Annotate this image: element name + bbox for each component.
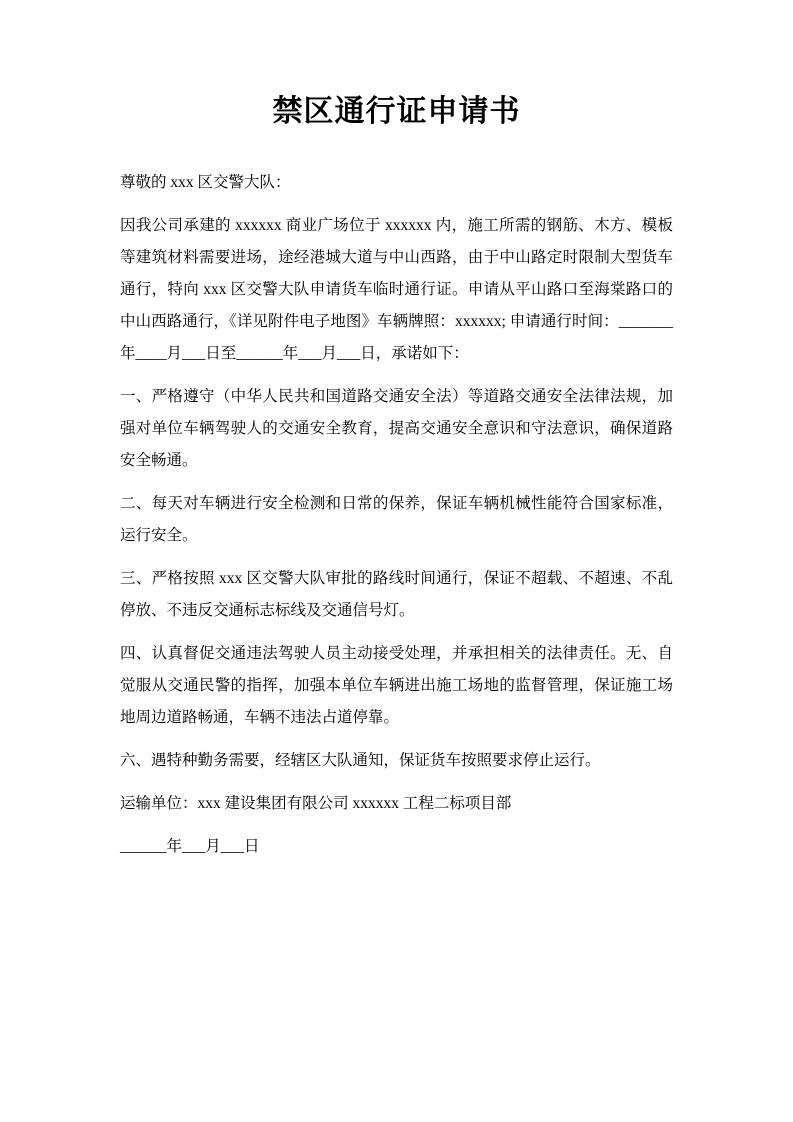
paragraph-item-4: 四、认真督促交通违法驾驶人员主动接受处理，并承担相关的法律责任。无、自觉服从交通… <box>120 638 673 734</box>
salutation: 尊敬的 xxx 区交警大队： <box>120 167 673 199</box>
date-signature-line: ______年___月___日 <box>120 831 673 863</box>
paragraph-intro: 因我公司承建的 xxxxxx 商业广场位于 xxxxxx 内，施工所需的钢筋、木… <box>120 210 673 370</box>
transport-unit-line: 运输单位：xxx 建设集团有限公司 xxxxxx 工程二标项目部 <box>120 788 673 820</box>
document-page: 禁区通行证申请书 尊敬的 xxx 区交警大队： 因我公司承建的 xxxxxx 商… <box>0 0 793 1122</box>
paragraph-item-3: 三、严格按照 xxx 区交警大队审批的路线时间通行，保证不超载、不超速、不乱停放… <box>120 563 673 627</box>
paragraph-item-1: 一、严格遵守（中华人民共和国道路交通安全法）等道路交通安全法律法规，加强对单位车… <box>120 381 673 477</box>
paragraph-item-6: 六、遇特种勤务需要，经辖区大队通知，保证货车按照要求停止运行。 <box>120 745 673 777</box>
paragraph-item-2: 二、每天对车辆进行安全检测和日常的保养，保证车辆机械性能符合国家标准，运行安全。 <box>120 488 673 552</box>
document-title: 禁区通行证申请书 <box>120 92 673 131</box>
